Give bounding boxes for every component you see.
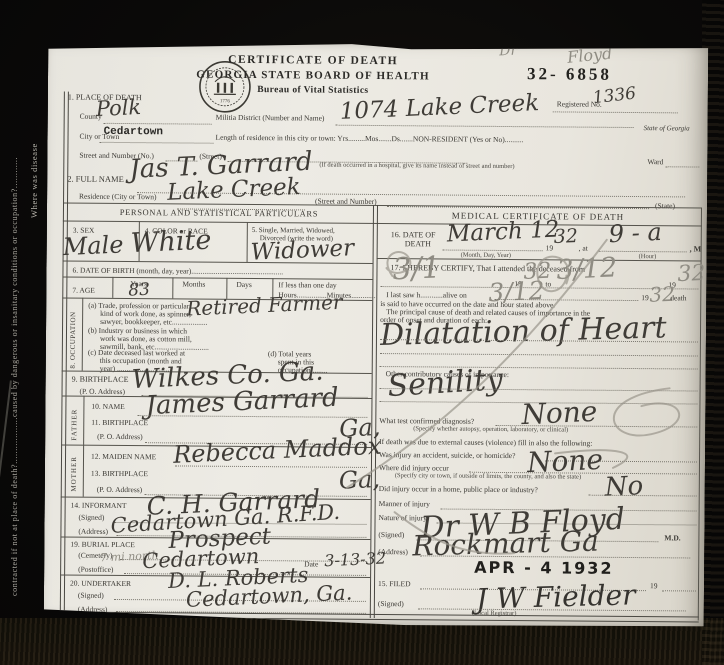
attended-from-value: 3/1	[392, 253, 442, 285]
dod-m-label: , M	[690, 244, 702, 253]
margin-question-outer: contracted if not at place of death?....…	[10, 157, 19, 596]
test-sub-label: (Specify whether autopsy, operation, lab…	[413, 425, 568, 433]
residence-label: Residence (City or Town)	[79, 192, 157, 202]
full-name-label: 2. FULL NAME	[67, 174, 124, 184]
occupation-vertical-label: 8. OCCUPATION	[69, 311, 77, 368]
marital-value: Widower	[250, 237, 354, 265]
accident-label: Was injury an accident, suicide, or homi…	[379, 450, 516, 460]
home-injury-label: Did injury occur in a home, public place…	[379, 484, 538, 494]
margin-question-inner: Where was disease	[29, 143, 39, 218]
undertaker-label: 20. UNDERTAKER	[70, 579, 131, 588]
informant-signed-label: (Signed)	[79, 513, 105, 522]
county-value: Polk	[95, 97, 141, 120]
registrar-signed-label: (Signed)	[378, 599, 404, 608]
father-po-label: (P. O. Address)	[97, 432, 142, 441]
burial-place-label: 19. BURIAL PLACE	[70, 540, 135, 550]
informant-address-label: (Address)	[78, 527, 108, 536]
mother-birthplace-label: 13. BIRTHPLACE	[91, 469, 148, 478]
attended-to-value: 3/12	[556, 254, 618, 284]
informant-label: 14. INFORMANT	[71, 501, 127, 510]
mother-vertical-label: MOTHER	[70, 456, 78, 492]
mother-birthplace-value: Ga,	[338, 467, 380, 493]
postoffice-label: (Postoffice)	[78, 565, 113, 574]
less-than-one-day-label: If less than one day	[278, 280, 336, 289]
date-of-death-label2: DEATH	[405, 239, 431, 248]
filed-year-prefix: 19	[650, 581, 658, 590]
last-saw-year-prefix: 19	[641, 293, 649, 302]
age-months-label: Months	[182, 279, 205, 288]
md-signed-label: (Signed)	[378, 530, 404, 539]
undertaker-signed-label: (Signed)	[78, 591, 104, 600]
dod-year-prefix: 19	[546, 243, 554, 252]
residence-state-label: (State)	[655, 201, 675, 210]
certificate-number-stamp: 32- 6858	[527, 64, 612, 85]
certificate-title: CERTIFICATE OF DEATH	[193, 54, 433, 68]
father-vertical-label: FATHER	[70, 409, 78, 441]
ward-label: Ward	[647, 157, 663, 166]
md-label: M.D.	[664, 533, 680, 542]
mother-name-label: 12. MAIDEN NAME	[91, 452, 156, 462]
attended-to-label: to	[545, 279, 551, 288]
bureau-subtitle: Bureau of Vital Statistics	[213, 85, 413, 97]
race-value: White	[130, 227, 212, 258]
age-days-label: Days	[236, 280, 251, 289]
where-injury-sub-label: (Specify city or town, if outside of lim…	[395, 472, 581, 480]
penciled-doctor-name: Floyd	[567, 46, 613, 66]
mother-name-value: Rebecca Maddox	[173, 434, 382, 467]
age-years-value: 83	[128, 282, 150, 300]
svg-text:1776: 1776	[220, 99, 231, 104]
filed-date-stamp: APR - 4 1932	[474, 558, 614, 578]
date-of-death-label1: 16. DATE OF	[391, 230, 436, 239]
militia-district-value: 1074 Lake Creek	[339, 92, 539, 124]
residence-length-label: Length of residence in this city or town…	[216, 133, 524, 144]
hospital-note: (If death occurred in a hospital, give i…	[319, 162, 514, 171]
sex-value: Male	[62, 232, 124, 259]
filed-label: 15. FILED	[378, 579, 411, 588]
father-birthplace-label: 11. BIRTHPLACE	[91, 418, 148, 427]
death-word: death	[670, 293, 686, 302]
scanned-death-certificate: Where was disease contracted if not at p…	[0, 0, 724, 665]
dob-label: 6. DATE OF BIRTH (month, day, year).....…	[72, 266, 283, 277]
registered-no-value: 1336	[592, 85, 637, 107]
residence-value: Lake Creek	[167, 176, 302, 205]
father-name-label: 10. NAME	[91, 402, 124, 411]
birthplace-po-label: (P. O. Address)	[80, 387, 125, 396]
home-injury-value: No	[604, 473, 644, 501]
birthplace-label: 9. BIRTHPLACE	[72, 375, 129, 384]
militia-district-label: Militia District (Number and Name)	[216, 113, 325, 123]
undertaker-address-label: (Address)	[78, 605, 108, 614]
dod-year-value: 32	[553, 227, 578, 247]
test-label: What test confirmed diagnosis?	[379, 416, 474, 426]
date-of-death-month-day: March 12	[446, 219, 559, 247]
mother-po-label: (P. O. Address)	[97, 485, 142, 494]
manner-injury-label: Manner of injury	[379, 499, 430, 508]
left-column-heading: PERSONAL AND STATISTICAL PARTICULARS	[67, 207, 371, 219]
cause-of-death-value: Dilatation of Heart	[380, 313, 667, 351]
penciled-dr: Dr	[499, 44, 518, 59]
city-value-typed: Cedartown	[104, 126, 164, 138]
attended-to-year: 32	[677, 263, 706, 286]
state-of-georgia-note: State of Georgia	[644, 124, 690, 132]
undertaker-address-value: Cedartown, Ga.	[186, 582, 353, 610]
board-title: GEORGIA STATE BOARD OF HEALTH	[173, 68, 453, 82]
dod-at-label: , at	[579, 244, 588, 253]
registrar-sub-label: (Local Registrar)	[472, 610, 517, 617]
md-address-label: (Address)	[378, 547, 408, 556]
burial-date-value: 3-13-32	[324, 550, 386, 569]
occupation-value: Retired Farmer	[186, 292, 343, 319]
certificate-paper: Dr Floyd 32- 6858 1776 CERTIFICATE OF DE…	[44, 39, 709, 628]
where-injury-label: Where did injury occur	[379, 463, 449, 473]
age-label: 7. AGE	[72, 286, 95, 295]
dod-hour-value: 9 - a	[608, 220, 662, 246]
contributory-value: Senility	[387, 365, 504, 402]
